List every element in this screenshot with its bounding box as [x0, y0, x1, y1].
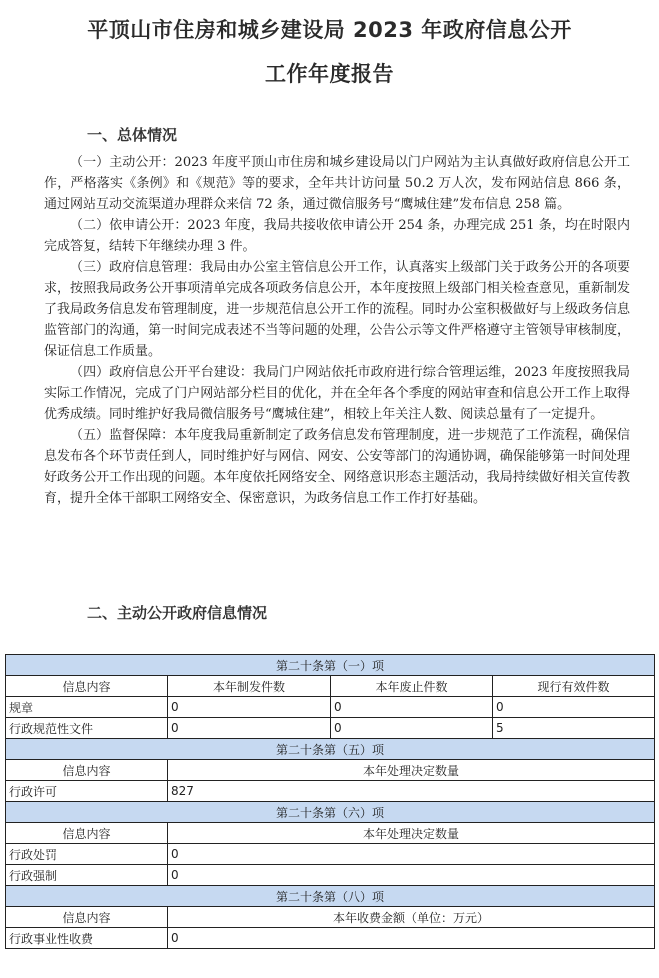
column-header-issued: 本年制发件数 — [168, 676, 331, 697]
row-label: 行政规范性文件 — [6, 718, 168, 739]
cell-issued: 0 — [168, 697, 331, 718]
paragraph-disclosure-on-request: （二）依申请公开：2023 年度，我局共接收依申请公开 254 条，办理完成 2… — [44, 215, 630, 257]
group-header-article20-item5: 第二十条第（五）项 — [6, 739, 655, 760]
group-header-article20-item6: 第二十条第（六）项 — [6, 802, 655, 823]
group-header-article20-item8: 第二十条第（八）项 — [6, 886, 655, 907]
table-row: 规章 0 0 0 — [6, 697, 655, 718]
paragraph-information-management: （三）政府信息管理：我局由办公室主管信息公开工作，认真落实上级部门关于政务公开的… — [44, 257, 630, 362]
column-header-fee-amount: 本年收费金额（单位：万元） — [168, 907, 655, 928]
cell-issued: 0 — [168, 718, 331, 739]
table-row: 行政强制 0 — [6, 865, 655, 886]
paragraph-supervision: （五）监督保障：本年度我局重新制定了政务信息发布管理制度，进一步规范了工作流程，… — [44, 425, 630, 509]
row-label: 行政事业性收费 — [6, 928, 168, 949]
overview-body: （一）主动公开：2023 年度平顶山市住房和城乡建设局以门户网站为主认真做好政府… — [44, 152, 630, 509]
column-header-row: 信息内容 本年处理决定数量 — [6, 823, 655, 844]
document-title-line2: 工作年度报告 — [0, 58, 659, 88]
column-header-valid: 现行有效件数 — [493, 676, 655, 697]
table-row: 行政处罚 0 — [6, 844, 655, 865]
table-row: 行政许可 827 — [6, 781, 655, 802]
column-header-info-content: 信息内容 — [6, 823, 168, 844]
column-header-decisions: 本年处理决定数量 — [168, 823, 655, 844]
group-header-article20-item1: 第二十条第（一）项 — [6, 655, 655, 676]
paragraph-platform-construction: （四）政府信息公开平台建设：我局门户网站依托市政府进行综合管理运维，2023 年… — [44, 362, 630, 425]
row-label: 行政处罚 — [6, 844, 168, 865]
section-heading-proactive-info: 二、主动公开政府信息情况 — [87, 602, 267, 623]
column-header-row: 信息内容 本年制发件数 本年废止件数 现行有效件数 — [6, 676, 655, 697]
cell-value: 0 — [168, 928, 655, 949]
column-header-info-content: 信息内容 — [6, 907, 168, 928]
section-heading-overview: 一、总体情况 — [87, 124, 177, 145]
group-title: 第二十条第（一）项 — [6, 655, 655, 676]
cell-valid: 0 — [493, 697, 655, 718]
column-header-row: 信息内容 本年处理决定数量 — [6, 760, 655, 781]
column-header-info-content: 信息内容 — [6, 676, 168, 697]
column-header-decisions: 本年处理决定数量 — [168, 760, 655, 781]
column-header-abolished: 本年废止件数 — [331, 676, 493, 697]
table-row: 行政规范性文件 0 0 5 — [6, 718, 655, 739]
cell-value: 0 — [168, 844, 655, 865]
row-label: 规章 — [6, 697, 168, 718]
cell-value: 827 — [168, 781, 655, 802]
group-title: 第二十条第（六）项 — [6, 802, 655, 823]
proactive-disclosure-table: 第二十条第（一）项 信息内容 本年制发件数 本年废止件数 现行有效件数 规章 0… — [5, 654, 655, 949]
cell-abolished: 0 — [331, 718, 493, 739]
document-title-line1: 平顶山市住房和城乡建设局 2023 年政府信息公开 — [0, 14, 659, 44]
cell-abolished: 0 — [331, 697, 493, 718]
group-title: 第二十条第（五）项 — [6, 739, 655, 760]
table-row: 行政事业性收费 0 — [6, 928, 655, 949]
row-label: 行政强制 — [6, 865, 168, 886]
cell-valid: 5 — [493, 718, 655, 739]
cell-value: 0 — [168, 865, 655, 886]
row-label: 行政许可 — [6, 781, 168, 802]
group-title: 第二十条第（八）项 — [6, 886, 655, 907]
paragraph-proactive-disclosure: （一）主动公开：2023 年度平顶山市住房和城乡建设局以门户网站为主认真做好政府… — [44, 152, 630, 215]
column-header-info-content: 信息内容 — [6, 760, 168, 781]
column-header-row: 信息内容 本年收费金额（单位：万元） — [6, 907, 655, 928]
